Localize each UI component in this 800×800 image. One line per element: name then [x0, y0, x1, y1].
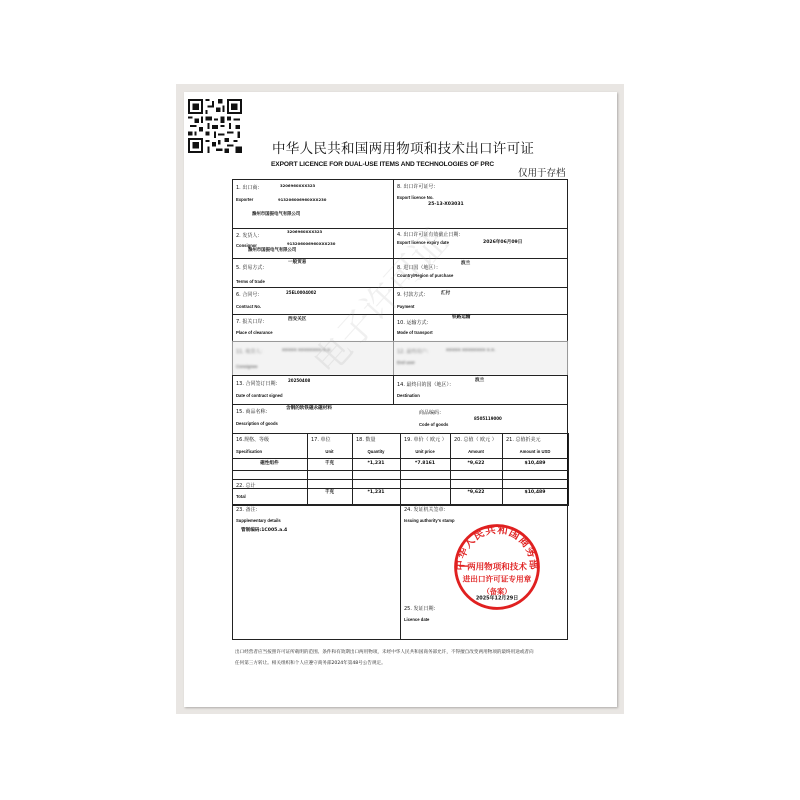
table-cell-value: $10,489	[502, 461, 568, 466]
official-seal-icon: 中华人民共和国商务部 两用物项和技术 进出口许可证专用章 （备案） 2025年1…	[452, 522, 542, 612]
qr-code-icon	[188, 99, 242, 153]
total-label-en: Total	[236, 494, 246, 499]
contract-no-label-cn: 6. 合同号：	[236, 293, 262, 298]
table-cell-value: *9,622	[450, 461, 502, 466]
table-header-cn: 16.规格、等级	[236, 438, 269, 443]
trade-terms-label-cn: 5. 贸易方式：	[236, 266, 267, 271]
goods-value: 含钢的软铁磁永磁材料	[286, 406, 332, 411]
goods-code-label-cn: 商品编码：	[419, 411, 444, 416]
remarks-value: 管制编码:1C005.a.4	[241, 528, 287, 533]
clearance-value: 西安关区	[288, 317, 306, 322]
transport-value: 铁路运输	[452, 315, 470, 320]
table-header-en: Specification	[236, 449, 262, 454]
expiry-label-cn: 4. 出口许可证有效截止日期：	[397, 233, 463, 238]
contract-no-value: 25EL0004002	[286, 290, 316, 295]
footer-notice: 出口经营者应当按照许可证所载明的范围、条件和有效期出口两用物项，未经中华人民共和…	[235, 647, 575, 669]
table-header-cn: 20. 总值（ 欧元 ）	[454, 438, 497, 443]
country-purchase-value: 波兰	[461, 261, 470, 266]
destination-label-cn: 14. 最终目的国（地区）：	[397, 383, 454, 388]
licence-no-label-cn: 8. 出口许可证号：	[397, 185, 438, 190]
table-header-en: Quantity	[352, 449, 400, 454]
exporter-name: 滁州市国振电气有限公司	[252, 212, 300, 217]
transport-label-en: Mode of transport	[397, 330, 433, 335]
contract-date-label-cn: 13. 合同签订日期：	[236, 382, 281, 387]
total-unit: 千克	[307, 490, 352, 495]
contract-date-label-en: Date of contract signed	[236, 393, 283, 398]
consignee-value: XXXXX XXXXXXXX X.X.	[282, 347, 331, 352]
contract-date-cell	[232, 375, 394, 405]
table-cell-value: *1,231	[352, 461, 400, 466]
consignor-code: 3206960XXX323	[287, 229, 322, 234]
clearance-label-en: Place of clearance	[236, 330, 273, 335]
svg-text:进出口许可证专用章: 进出口许可证专用章	[462, 573, 532, 583]
table-header-en: Amount	[450, 449, 502, 454]
exporter-code: 3206960XXX323	[280, 183, 315, 188]
clearance-label-cn: 7. 报关口岸：	[236, 320, 267, 325]
table-header-cn: 17. 单位	[311, 438, 331, 443]
footer-line-1: 出口经营者应当按照许可证所载明的范围、条件和有效期出口两用物项，未经中华人民共和…	[235, 647, 575, 658]
table-header-en: Amount in USD	[502, 449, 568, 454]
goods-code-label-en: Code of goods	[419, 422, 448, 427]
country-purchase-label-cn: 8. 进口国（地区）：	[397, 266, 441, 271]
expiry-label-en: Export licence expiry date	[397, 240, 449, 245]
licence-no-label-en: Export licence No.	[397, 195, 434, 200]
table-header-en: Unit	[307, 449, 352, 454]
remarks-label-en: Supplementary details	[236, 518, 281, 523]
consignor-credit-code: 913206006960XXX230	[287, 241, 335, 246]
svg-text:两用物项和技术: 两用物项和技术	[467, 561, 527, 573]
remarks-label-cn: 23. 备注：	[236, 508, 261, 513]
table-cell-value: 磁性组件	[232, 461, 307, 466]
licence-date-label-en: Licence date	[404, 617, 429, 622]
goods-label-cn: 15. 商品名称：	[236, 410, 271, 415]
stamp-label-en: Issuing authority's stamp	[404, 518, 455, 523]
goods-code-value: 8505119000	[474, 416, 502, 421]
exporter-label-cn: 1. 出口商：	[236, 186, 262, 191]
payment-label-en: Payment	[397, 304, 414, 309]
table-header-cn: 19. 单价（ 欧元 ）	[404, 438, 447, 443]
expiry-value: 2026年06月09日	[483, 240, 522, 245]
destination-value: 波兰	[475, 378, 484, 383]
title-chinese: 中华人民共和国两用物项和技术出口许可证	[272, 137, 534, 157]
consignee-label-en: Consignee	[236, 364, 257, 369]
transport-cell	[393, 314, 568, 342]
contract-date-value: 20250408	[288, 378, 310, 383]
exporter-label-en: Exporter	[236, 197, 253, 202]
licence-date-label-cn: 25. 发证日期：	[404, 607, 439, 612]
table-cell-value: *7.8161	[400, 461, 450, 466]
total-amount: *9,622	[450, 490, 502, 495]
destination-label-en: Destination	[397, 393, 420, 398]
table-cell-value: 千克	[307, 461, 352, 466]
goods-label-en: Description of goods	[236, 421, 278, 426]
table-header-cn: 18. 数量	[356, 438, 376, 443]
table-total-cell	[400, 479, 451, 506]
table-header-cn: 21. 总值折美元	[506, 438, 541, 443]
transport-label-cn: 10. 运输方式：	[397, 321, 432, 326]
country-purchase-label-en: Country/Region of purchase	[397, 273, 453, 278]
payment-label-cn: 9. 付款方式：	[397, 293, 428, 298]
title-english: EXPORT LICENCE FOR DUAL-USE ITEMS AND TE…	[271, 161, 494, 168]
end-user-value: XXXXX XXXXXXXX X.X.	[446, 347, 495, 352]
licence-no-value: 25-13-X03031	[428, 202, 464, 207]
total-quantity: *1,231	[352, 490, 400, 495]
footer-line-2: 任何第三方转让。相关组织和个人应遵守商务部2024年第48号公告规定。	[235, 658, 575, 669]
end-user-label-en: End user	[397, 360, 415, 365]
archive-note: 仅用于存档	[518, 165, 566, 179]
total-label-cn: 22. 总计	[236, 484, 256, 489]
contract-no-label-en: Contract No.	[236, 304, 261, 309]
svg-text:2025年12月29日: 2025年12月29日	[476, 594, 518, 601]
payment-value: 汇付	[441, 291, 450, 296]
trade-terms-value: 一般贸易	[288, 260, 306, 265]
table-header-en: Unit price	[400, 449, 450, 454]
end-user-label-cn: 12. 最终用户：	[397, 350, 432, 355]
consignor-name: 滁州市国振电气有限公司	[248, 248, 296, 253]
consignor-label-cn: 2. 发货人：	[236, 234, 262, 239]
total-usd: $10,489	[502, 490, 568, 495]
exporter-credit-code: 913206006960XXX230	[278, 197, 326, 202]
trade-terms-label-en: Terms of trade	[236, 279, 265, 284]
stamp-label-cn: 24. 发证机关签章：	[404, 508, 449, 513]
goods-cell	[232, 404, 568, 434]
remarks-cell	[232, 504, 401, 640]
consignee-label-cn: 11. 收货人：	[236, 350, 266, 355]
